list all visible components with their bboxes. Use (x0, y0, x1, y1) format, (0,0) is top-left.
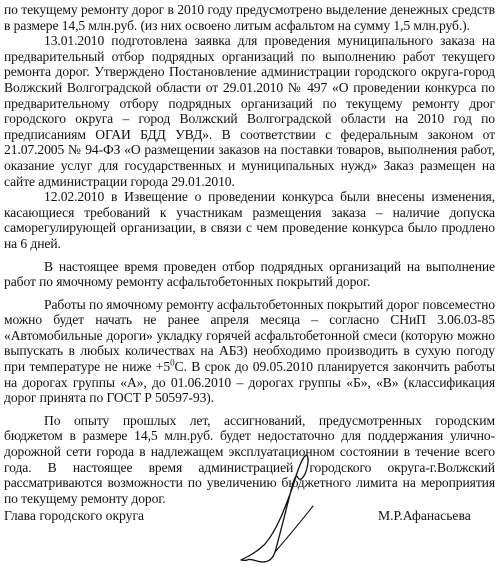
signatory-title: Глава городского округа (4, 508, 144, 524)
handwritten-signature-icon (235, 452, 325, 572)
paragraph-tender-preparation: 13.01.2010 подготовлена заявка для прове… (4, 33, 495, 189)
paragraph-gap (4, 252, 495, 259)
signature-block: Глава городского округа М.Р.Афанасьева (0, 450, 500, 585)
signatory-name: М.Р.Афанасьева (378, 508, 471, 524)
paragraph-gap (4, 290, 495, 297)
paragraph-budget-intro: по текущему ремонту дорог в 2010 году пр… (4, 2, 495, 33)
document-body: по текущему ремонту дорог в 2010 году пр… (4, 2, 495, 506)
paragraph-repair-schedule: Работы по ямочному ремонту асфальтобетон… (4, 297, 495, 406)
paragraph-gap (4, 406, 495, 413)
paragraph-tender-changes: 12.02.2010 в Извещение о проведении конк… (4, 189, 495, 251)
paragraph-contractor-selection: В настоящее время проведен отбор подрядн… (4, 259, 495, 290)
